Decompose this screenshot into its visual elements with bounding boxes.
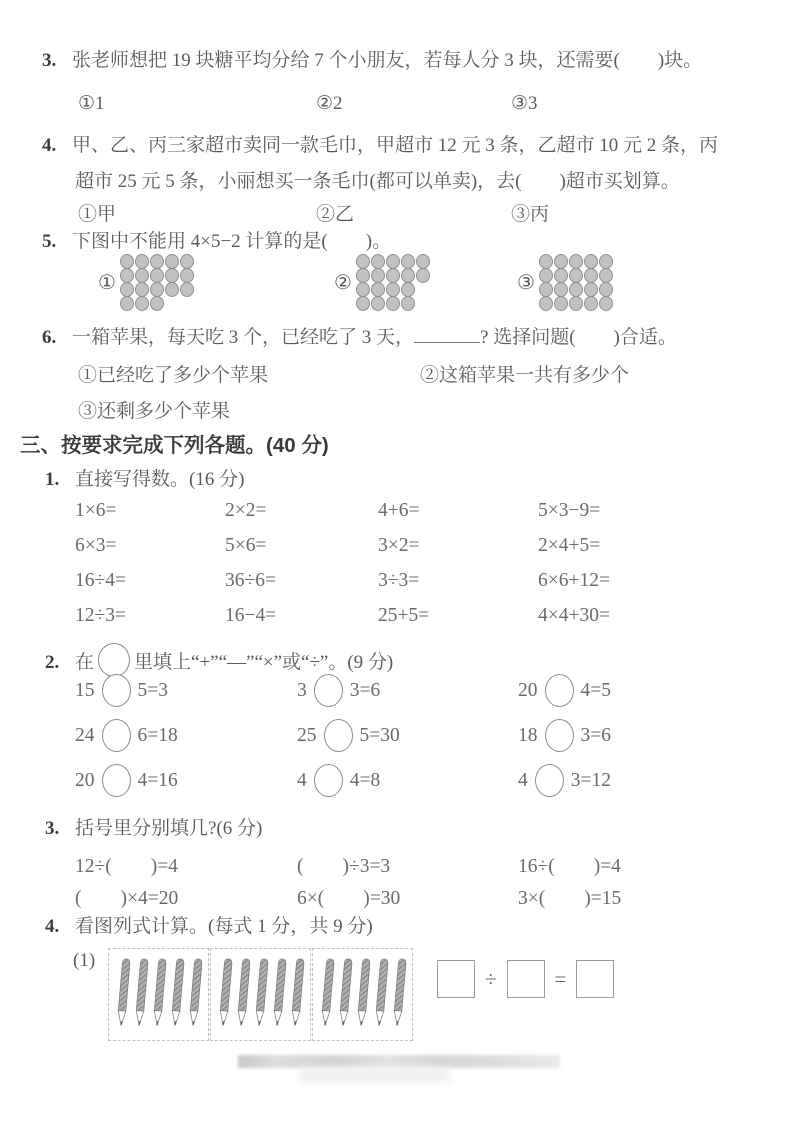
dot-icon bbox=[356, 254, 370, 269]
operand: 25 bbox=[297, 725, 317, 747]
operator-circle bbox=[314, 674, 343, 707]
operator-cell: 255=30 bbox=[297, 719, 400, 752]
operand: 4 bbox=[297, 770, 307, 792]
dot-icon bbox=[371, 254, 385, 269]
question-3-options: ①1 ②2 ③3 bbox=[78, 92, 758, 117]
operator-cell: 204=16 bbox=[75, 764, 178, 797]
operand: 18 bbox=[518, 725, 538, 747]
result: 3=12 bbox=[571, 770, 611, 792]
dot-icon bbox=[554, 268, 568, 283]
sec3-q1-title: 1.直接写得数。(16 分) bbox=[45, 467, 244, 492]
equation: 3×( )=15 bbox=[518, 882, 621, 910]
operator-circle bbox=[98, 643, 130, 677]
sec3-q2-title-prefix: 在 bbox=[75, 652, 94, 673]
dot-icon bbox=[120, 296, 134, 311]
pattern-label: ③ bbox=[517, 270, 535, 295]
dot-icon bbox=[539, 268, 553, 283]
dot-icon bbox=[599, 254, 613, 269]
equation: 3×2= bbox=[378, 535, 420, 557]
result: 4=16 bbox=[138, 770, 178, 792]
operator-cell: 246=18 bbox=[75, 719, 178, 752]
sec3-q3-title: 3.括号里分别填几?(6 分) bbox=[45, 816, 262, 841]
result: 4=8 bbox=[350, 770, 381, 792]
operator-circle bbox=[102, 719, 131, 752]
blurred-watermark-smudge bbox=[300, 1068, 450, 1082]
dot-icon bbox=[150, 282, 164, 297]
equation: 4×4+30= bbox=[538, 605, 610, 627]
question-3: 3.张老师想把 19 块糖平均分给 7 个小朋友，若每人分 3 块，还需要( )… bbox=[42, 48, 702, 73]
dot-icon bbox=[569, 282, 583, 297]
question-5-text: 下图中不能用 4×5−2 计算的是( )。 bbox=[72, 231, 391, 252]
paren-row: ( )×4=20 6×( )=30 3×( )=15 bbox=[75, 882, 765, 908]
option-1: ①1 bbox=[78, 92, 105, 115]
sec3-q2-title-suffix: 里填上“+”“—”“×”或“÷”。(9 分) bbox=[134, 652, 393, 673]
dot-icon bbox=[386, 296, 400, 311]
equation: ( )×4=20 bbox=[75, 882, 178, 910]
operator-cell: 155=3 bbox=[75, 674, 168, 707]
dot-icon bbox=[135, 268, 149, 283]
question-6-number: 6. bbox=[42, 325, 72, 350]
question-5-number: 5. bbox=[42, 229, 72, 254]
answer-box-divisor bbox=[507, 960, 545, 998]
result: 4=5 bbox=[581, 680, 612, 702]
equation: 25+5= bbox=[378, 605, 429, 627]
operator-circle bbox=[324, 719, 353, 752]
dot-icon bbox=[554, 296, 568, 311]
operator-circle bbox=[102, 674, 131, 707]
sec3-q4-title-text: 看图列式计算。(每式 1 分，共 9 分) bbox=[75, 916, 373, 937]
equation: 3÷3= bbox=[378, 570, 419, 592]
dot-grid bbox=[539, 254, 614, 310]
dot-icon bbox=[371, 282, 385, 297]
equation: 2×2= bbox=[225, 500, 267, 522]
operator-row: 155=3 33=6 204=5 bbox=[75, 674, 765, 708]
equation: 16÷( )=4 bbox=[518, 850, 621, 878]
paren-row: 12÷( )=4 ( )÷3=3 16÷( )=4 bbox=[75, 850, 765, 876]
sub-question-label: (1) bbox=[73, 950, 95, 972]
dot-icon bbox=[401, 282, 415, 297]
question-5: 5.下图中不能用 4×5−2 计算的是( )。 bbox=[42, 229, 391, 254]
dot-icon bbox=[599, 282, 613, 297]
operator-circle bbox=[545, 674, 574, 707]
dot-patterns: ① ② ③ bbox=[98, 254, 738, 320]
question-6-options-row2: ③还剩多少个苹果 bbox=[78, 396, 758, 421]
equation: 6×( )=30 bbox=[297, 882, 400, 910]
dot-icon bbox=[569, 296, 583, 311]
operator-cell: 183=6 bbox=[518, 719, 611, 752]
result: 3=6 bbox=[581, 725, 612, 747]
operand: 20 bbox=[518, 680, 538, 702]
operator-row: 204=16 44=8 43=12 bbox=[75, 764, 765, 798]
option-3: ③丙 bbox=[511, 199, 549, 226]
dot-icon bbox=[120, 254, 134, 269]
question-6-text-before: 一箱苹果，每天吃 3 个，已经吃了 3 天， bbox=[72, 327, 414, 348]
calc-row: 12÷3= 16−4= 25+5= 4×4+30= bbox=[75, 605, 765, 631]
sec3-q2-title: 2.在里填上“+”“—”“×”或“÷”。(9 分) bbox=[45, 643, 393, 677]
dot-grid bbox=[120, 254, 195, 310]
result: 5=3 bbox=[138, 680, 169, 702]
dot-icon bbox=[599, 268, 613, 283]
equation: 12÷3= bbox=[75, 605, 126, 627]
answer-box-dividend bbox=[437, 960, 475, 998]
equation: 36÷6= bbox=[225, 570, 276, 592]
equation: 4+6= bbox=[378, 500, 420, 522]
dot-icon bbox=[135, 296, 149, 311]
dot-icon bbox=[584, 254, 598, 269]
operator-row: 246=18 255=30 183=6 bbox=[75, 719, 765, 753]
dot-icon bbox=[180, 282, 194, 297]
dot-icon bbox=[554, 254, 568, 269]
dot-icon bbox=[416, 268, 430, 283]
question-3-text: 张老师想把 19 块糖平均分给 7 个小朋友，若每人分 3 块，还需要( )块。 bbox=[72, 50, 702, 71]
equation: 5×3−9= bbox=[538, 500, 600, 522]
blurred-watermark bbox=[238, 1055, 560, 1068]
question-4-text-line2: 超市 25 元 5 条，小丽想买一条毛巾(都可以单卖)，去( )超市买划算。 bbox=[75, 169, 680, 194]
result: 3=6 bbox=[350, 680, 381, 702]
equation: 5×6= bbox=[225, 535, 267, 557]
sec3-q2-number: 2. bbox=[45, 650, 75, 675]
pattern-label: ① bbox=[98, 270, 116, 295]
dot-icon bbox=[539, 254, 553, 269]
dot-icon bbox=[416, 254, 430, 269]
worksheet-page: 3.张老师想把 19 块糖平均分给 7 个小朋友，若每人分 3 块，还需要( )… bbox=[0, 0, 793, 1122]
operand: 20 bbox=[75, 770, 95, 792]
question-6: 6.一箱苹果，每天吃 3 个，已经吃了 3 天，? 选择问题( )合适。 bbox=[42, 324, 677, 350]
section-3-heading: 三、按要求完成下列各题。(40 分) bbox=[20, 428, 329, 458]
pencil-group-3 bbox=[312, 948, 413, 1041]
dot-icon bbox=[554, 282, 568, 297]
dot-pattern-2: ② bbox=[334, 254, 431, 310]
answer-box-quotient bbox=[576, 960, 614, 998]
operator-cell: 44=8 bbox=[297, 764, 380, 797]
dot-icon bbox=[401, 268, 415, 283]
pencil-group-2 bbox=[210, 948, 311, 1041]
dot-grid bbox=[356, 254, 431, 310]
sec3-q4-number: 4. bbox=[45, 914, 75, 939]
answer-equation: ÷ = bbox=[437, 960, 614, 998]
dot-icon bbox=[584, 268, 598, 283]
dot-icon bbox=[356, 296, 370, 311]
dot-icon bbox=[120, 282, 134, 297]
option-1: ①甲 bbox=[78, 199, 116, 226]
sec3-q3-title-text: 括号里分别填几?(6 分) bbox=[75, 818, 262, 839]
result: 5=30 bbox=[360, 725, 400, 747]
option-2: ②这箱苹果一共有多少个 bbox=[420, 360, 629, 387]
equation: 2×4+5= bbox=[538, 535, 600, 557]
equation: 16÷4= bbox=[75, 570, 126, 592]
operand: 3 bbox=[297, 680, 307, 702]
dot-pattern-3: ③ bbox=[517, 254, 614, 310]
operand: 24 bbox=[75, 725, 95, 747]
dot-icon bbox=[371, 268, 385, 283]
operator-circle bbox=[314, 764, 343, 797]
equals-symbol: = bbox=[555, 967, 567, 992]
operator-cell: 43=12 bbox=[518, 764, 611, 797]
dot-icon bbox=[539, 282, 553, 297]
divide-symbol: ÷ bbox=[485, 967, 497, 992]
question-4: 4.甲、乙、丙三家超市卖同一款毛巾，甲超市 12 元 3 条，乙超市 10 元 … bbox=[42, 133, 718, 158]
operator-circle bbox=[102, 764, 131, 797]
dot-icon bbox=[180, 254, 194, 269]
dot-pattern-1: ① bbox=[98, 254, 195, 310]
operand: 4 bbox=[518, 770, 528, 792]
dot-icon bbox=[356, 282, 370, 297]
dot-icon bbox=[386, 268, 400, 283]
question-3-number: 3. bbox=[42, 48, 72, 73]
dot-icon bbox=[371, 296, 385, 311]
dot-icon bbox=[539, 296, 553, 311]
dot-icon bbox=[135, 254, 149, 269]
option-2: ②2 bbox=[316, 92, 343, 115]
dot-icon bbox=[584, 296, 598, 311]
calc-row: 6×3= 5×6= 3×2= 2×4+5= bbox=[75, 535, 765, 561]
result: 6=18 bbox=[138, 725, 178, 747]
equation: 16−4= bbox=[225, 605, 276, 627]
question-6-options-row1: ①已经吃了多少个苹果 ②这箱苹果一共有多少个 bbox=[78, 360, 758, 385]
pencil-groups bbox=[108, 948, 414, 1041]
question-4-text-line1: 甲、乙、丙三家超市卖同一款毛巾，甲超市 12 元 3 条，乙超市 10 元 2 … bbox=[72, 135, 718, 156]
question-4-number: 4. bbox=[42, 133, 72, 158]
sec3-q3-number: 3. bbox=[45, 816, 75, 841]
question-6-text-after: ? 选择问题( )合适。 bbox=[480, 327, 677, 348]
dot-icon bbox=[165, 282, 179, 297]
calc-row: 16÷4= 36÷6= 3÷3= 6×6+12= bbox=[75, 570, 765, 596]
dot-icon bbox=[165, 268, 179, 283]
operator-circle bbox=[545, 719, 574, 752]
operand: 15 bbox=[75, 680, 95, 702]
sec3-q4-title: 4.看图列式计算。(每式 1 分，共 9 分) bbox=[45, 914, 373, 939]
pattern-label: ② bbox=[334, 270, 352, 295]
option-2: ②乙 bbox=[316, 199, 354, 226]
fill-in-blank bbox=[414, 324, 480, 343]
calc-row: 1×6= 2×2= 4+6= 5×3−9= bbox=[75, 500, 765, 526]
dot-icon bbox=[150, 268, 164, 283]
option-3: ③3 bbox=[511, 92, 538, 115]
equation: 12÷( )=4 bbox=[75, 850, 178, 878]
operator-cell: 204=5 bbox=[518, 674, 611, 707]
dot-icon bbox=[356, 268, 370, 283]
dot-icon bbox=[569, 268, 583, 283]
dot-icon bbox=[401, 296, 415, 311]
dot-icon bbox=[386, 254, 400, 269]
option-3: ③还剩多少个苹果 bbox=[78, 396, 230, 423]
dot-icon bbox=[401, 254, 415, 269]
dot-icon bbox=[180, 268, 194, 283]
sec3-q1-title-text: 直接写得数。(16 分) bbox=[75, 469, 244, 490]
equation: 6×6+12= bbox=[538, 570, 610, 592]
dot-icon bbox=[165, 254, 179, 269]
equation: 6×3= bbox=[75, 535, 117, 557]
operator-cell: 33=6 bbox=[297, 674, 380, 707]
operator-circle bbox=[535, 764, 564, 797]
equation: 1×6= bbox=[75, 500, 117, 522]
dot-icon bbox=[584, 282, 598, 297]
pencil-group-1 bbox=[108, 948, 209, 1041]
dot-icon bbox=[150, 296, 164, 311]
dot-icon bbox=[386, 282, 400, 297]
sec3-q1-number: 1. bbox=[45, 467, 75, 492]
dot-icon bbox=[569, 254, 583, 269]
dot-icon bbox=[135, 282, 149, 297]
option-1: ①已经吃了多少个苹果 bbox=[78, 360, 268, 387]
dot-icon bbox=[120, 268, 134, 283]
equation: ( )÷3=3 bbox=[297, 850, 390, 878]
dot-icon bbox=[150, 254, 164, 269]
question-4-options: ①甲 ②乙 ③丙 bbox=[78, 199, 758, 224]
dot-icon bbox=[599, 296, 613, 311]
